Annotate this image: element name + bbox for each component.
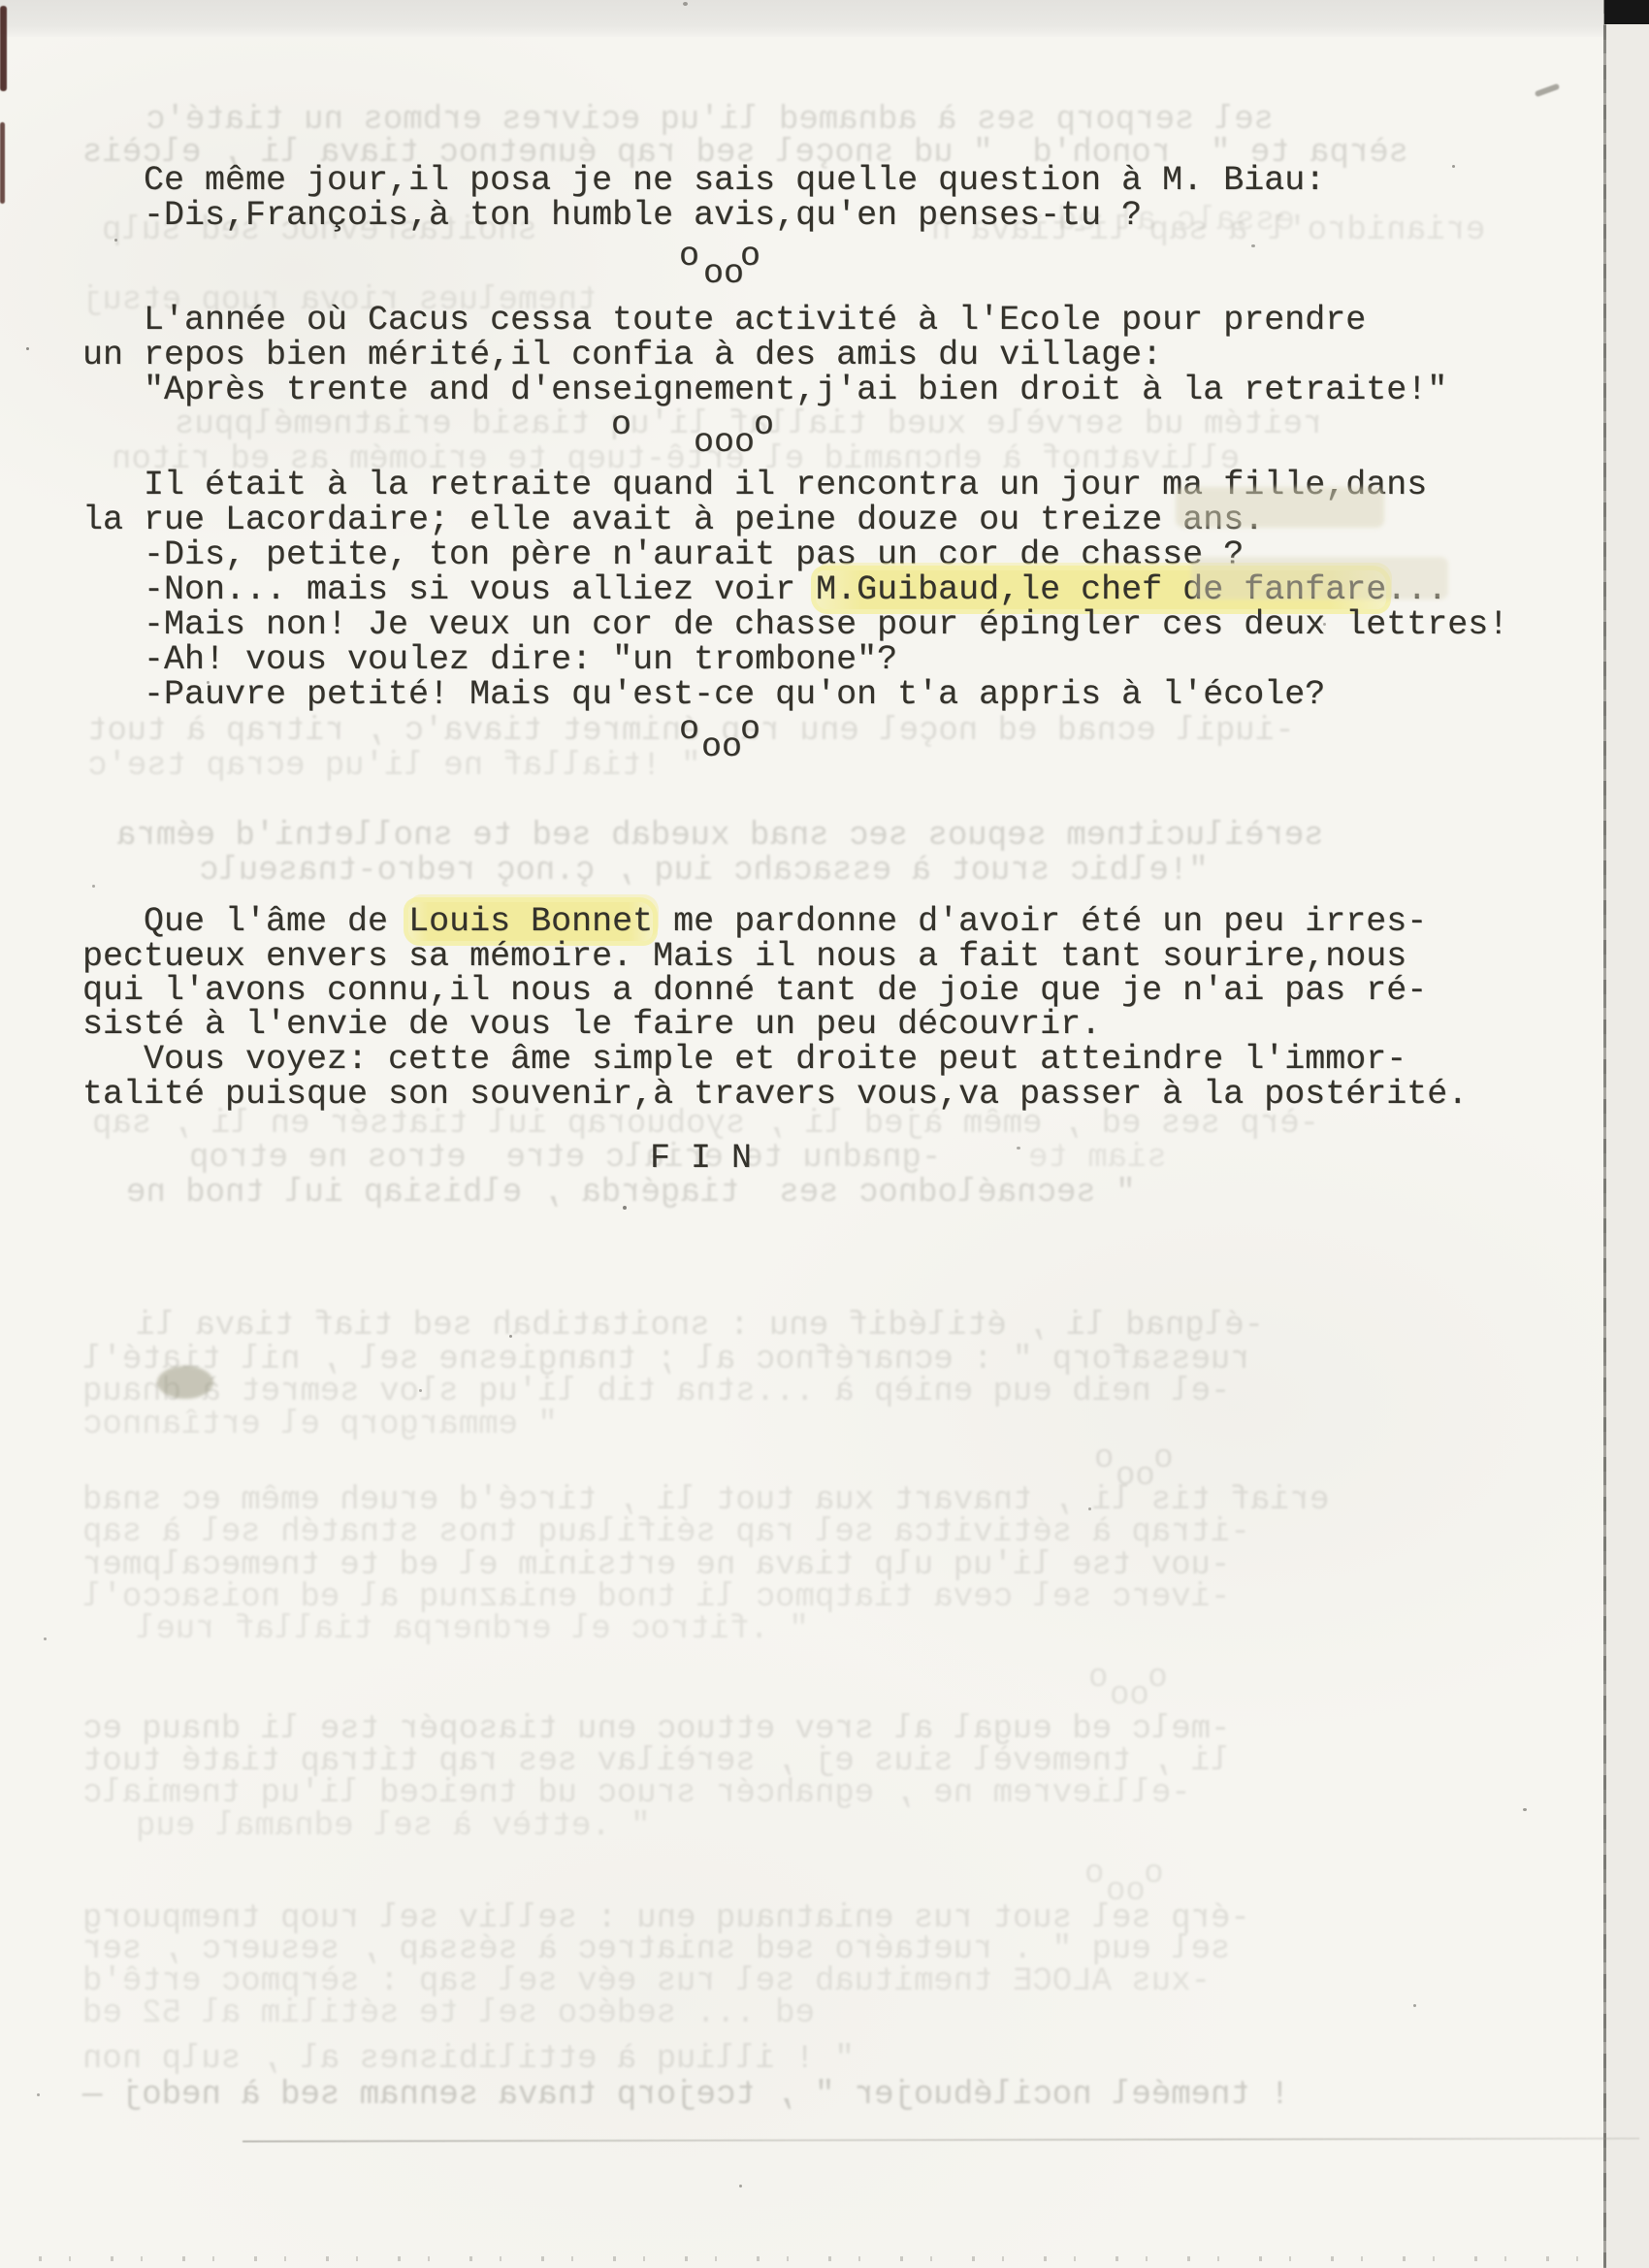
text-segment: Vous voyez: cette âme simple et droite p… [82, 1040, 1406, 1079]
bleedthrough-line: o o [1094, 1442, 1174, 1476]
scan-bottom-edge-noise [39, 2256, 1591, 2261]
text-line: Ce même jour,il posa je ne sais quelle q… [82, 163, 1325, 198]
ink-speck [509, 1335, 512, 1338]
bleedthrough-line: -ellievrem ne , egnahcér sruoc ud tneice… [82, 1776, 1191, 1811]
scan-smudge-mark [157, 1366, 213, 1399]
text-line: Il était à la retraite quand il rencontr… [82, 468, 1427, 502]
text-line: qui l'avons connu,il nous a donné tant d… [82, 973, 1427, 1008]
ink-speck [92, 885, 95, 888]
bleedthrough-line: -érp sel suot rus eniatnauq enu : selliv… [82, 1901, 1250, 1936]
text-segment: L'année où Cacus cessa toute activité à … [82, 301, 1366, 340]
bleedthrough-line: -melc ed eugal al srev ettuoc enu tiasop… [82, 1712, 1230, 1747]
fin-label: F I N [650, 1141, 752, 1176]
ink-speck [26, 347, 29, 350]
bleedthrough-line: ! tneméel nocilébuojer " , tcejorp tnava… [82, 2078, 1290, 2113]
bleedthrough-line: ruessaforp " : ecnaréfnoc al ; tnangiesn… [82, 1343, 1250, 1377]
bleedthrough-line: ed ... sedéco sel te sétilim al 52 ed [82, 1996, 815, 2031]
bleedthrough-line: o o [1084, 1857, 1164, 1892]
ink-speck [1413, 2004, 1416, 2007]
scan-smudge-mark [1535, 83, 1560, 98]
bleedthrough-line: -itrap à sétivitca sel rap séifilauq tno… [82, 1515, 1250, 1550]
bleedthrough-line: siam te [1028, 1141, 1167, 1176]
text-segment: "Après trente and d'enseignement,j'ai bi… [82, 371, 1447, 409]
scan-top-band [0, 0, 1649, 37]
text-line: "Après trente and d'enseignement,j'ai bi… [82, 373, 1447, 407]
text-line: talité puisque son souvenir,à travers vo… [82, 1077, 1468, 1112]
bleedthrough-line: " .fitroc el erdnerpa tiallaf ruel [136, 1612, 809, 1647]
bleedthrough-line: -xus ALOCE tnemituab sel rus eév sel sap… [82, 1964, 1211, 1999]
text-segment: me pardonne d'avoir été un peu irres- [653, 902, 1427, 941]
scan-smudge-mark [0, 122, 5, 204]
section-separator: ooo [694, 425, 755, 460]
bleedthrough-line: " .ettèv à sel ednamal euq [136, 1809, 651, 1844]
text-segment: la rue Lacordaire; elle avait à peine do… [82, 501, 1264, 539]
text-segment: -Ah! vous voulez dire: "un trombone"? [82, 640, 897, 679]
bleedthrough-line: oo [1110, 1678, 1149, 1713]
text-segment: ooo [694, 423, 755, 462]
text-line: un repos bien mérité,il confia à des ami… [82, 338, 1162, 373]
text-segment: Ce même jour,il posa je ne sais quelle q… [82, 161, 1325, 200]
ink-speck [1088, 1507, 1091, 1510]
ink-speck [1523, 1808, 1527, 1811]
text-segment: -Dis,François,à ton humble avis,qu'en pe… [82, 196, 1142, 235]
ink-speck [1017, 1147, 1020, 1150]
bleedthrough-line: serèilucitnem sepuos sec snad xuedab sed… [116, 819, 1324, 854]
bleedthrough-line: o o [1088, 1661, 1168, 1696]
text-line: -Dis, petite, ton père n'aurait pas un c… [82, 537, 1244, 572]
text-segment: pectueux envers sa mémoire. Mais il nous… [82, 937, 1406, 976]
bleedthrough-line: -iverc sel ceva tiatpmoc li tnod eniaznu… [82, 1580, 1230, 1615]
text-segment: -Non... mais si vous alliez voir [82, 570, 816, 609]
paper-edge-line [1603, 0, 1606, 2268]
ink-speck [1251, 244, 1255, 247]
bleedthrough-line: "!elbic sruot à essacahc iuq , ç.noç red… [199, 854, 1209, 889]
text-line: -Dis,François,à ton humble avis,qu'en pe… [82, 198, 1142, 233]
text-segment: oo [701, 728, 742, 766]
text-segment: -Dis, petite, ton père n'aurait pas un c… [82, 535, 1244, 574]
text-segment: qui l'avons connu,il nous a donné tant d… [82, 971, 1427, 1010]
bleedthrough-line: oo [1106, 1874, 1146, 1909]
text-segment: -Mais non! Je veux un cor de chasse pour… [82, 605, 1508, 644]
ink-speck [623, 1206, 627, 1210]
bleedthrough-line: " ! illiuq à ettilibisnes al , sulp non [82, 2042, 855, 2077]
ink-speck [114, 239, 117, 242]
section-separator: oo [701, 729, 742, 764]
highlighted-text: Louis Bonnet [408, 902, 653, 941]
bleedthrough-line: -gnadnu te erialc etre etros ne etrop [189, 1141, 941, 1176]
text-segment: -Pauvre petité! Mais qu'est-ce qu'on t'a… [82, 675, 1325, 714]
text-line: -Pauvre petité! Mais qu'est-ce qu'on t'a… [82, 677, 1325, 712]
section-separator: oo [703, 256, 744, 291]
bleedthrough-line: " !tiallaf ne li'uq ecrap tse'c [87, 749, 701, 784]
bleedthrough-line: -uov tse li'uq ulp tiava ne ertsinim el … [82, 1548, 1230, 1583]
text-line: pectueux envers sa mémoire. Mais il nous… [82, 939, 1406, 974]
highlighted-text: M.Guibaud,le chef de fanfare [816, 570, 1386, 609]
ink-speck [419, 1389, 422, 1392]
text-segment: Il était à la retraite quand il rencontr… [82, 466, 1427, 504]
text-segment: ... [1386, 570, 1447, 609]
bleedthrough-line: sel euq " . ruetaéro sed sniatrec à séss… [82, 1932, 1230, 1967]
bleedthrough-line: sel serporp ses à adnamed li'uq ecivres … [145, 103, 1274, 138]
ink-speck [44, 1637, 47, 1640]
text-segment: oo [703, 254, 744, 293]
ink-speck [37, 2093, 40, 2096]
text-line: la rue Lacordaire; elle avait à peine do… [82, 502, 1264, 537]
bleedthrough-line: -élgnad li , étilédif enu : snoitatibah … [136, 1309, 1264, 1344]
text-line: sisté à l'envie de vous le faire un peu … [82, 1007, 1101, 1042]
bleedthrough-line: eriaf tis li , tnavart xua tuot li , tir… [82, 1483, 1329, 1518]
text-segment: Que l'âme de [82, 902, 408, 941]
text-segment: F I N [650, 1139, 752, 1178]
bleedthrough-line: -el neib euq enièp à ...stna tib li'uq s… [82, 1375, 1230, 1409]
text-line: -Ah! vous voulez dire: "un trombone"? [82, 642, 897, 677]
pencil-underline-mark [242, 2137, 1639, 2142]
text-line: -Non... mais si vous alliez voir M.Guiba… [82, 572, 1447, 607]
scan-corner-black-bar [1604, 0, 1649, 24]
text-line: L'année où Cacus cessa toute activité à … [82, 303, 1366, 338]
text-line: Que l'âme de Louis Bonnet me pardonne d'… [82, 904, 1427, 939]
bleedthrough-line: " secnaélodnoc ses tiagérda , elbisiap i… [126, 1176, 1136, 1211]
scan-right-margin [1606, 0, 1649, 2268]
bleedthrough-line: oo [1115, 1459, 1155, 1494]
text-segment: talité puisque son souvenir,à travers vo… [82, 1075, 1468, 1114]
ink-speck [739, 2185, 742, 2187]
bleedthrough-line: li , tnemevèl sius ej , serèilav ses rap… [82, 1744, 1230, 1779]
text-line: Vous voyez: cette âme simple et droite p… [82, 1042, 1406, 1077]
text-segment: sisté à l'envie de vous le faire un peu … [82, 1005, 1101, 1044]
ink-speck [1452, 165, 1455, 168]
text-line: -Mais non! Je veux un cor de chasse pour… [82, 607, 1508, 642]
bleedthrough-line: " emmargorp el ertîannoc [82, 1408, 558, 1442]
scanned-page: sel serporp ses à adnamed li'uq ecivres … [0, 0, 1649, 2268]
text-segment: un repos bien mérité,il confia à des ami… [82, 336, 1162, 374]
